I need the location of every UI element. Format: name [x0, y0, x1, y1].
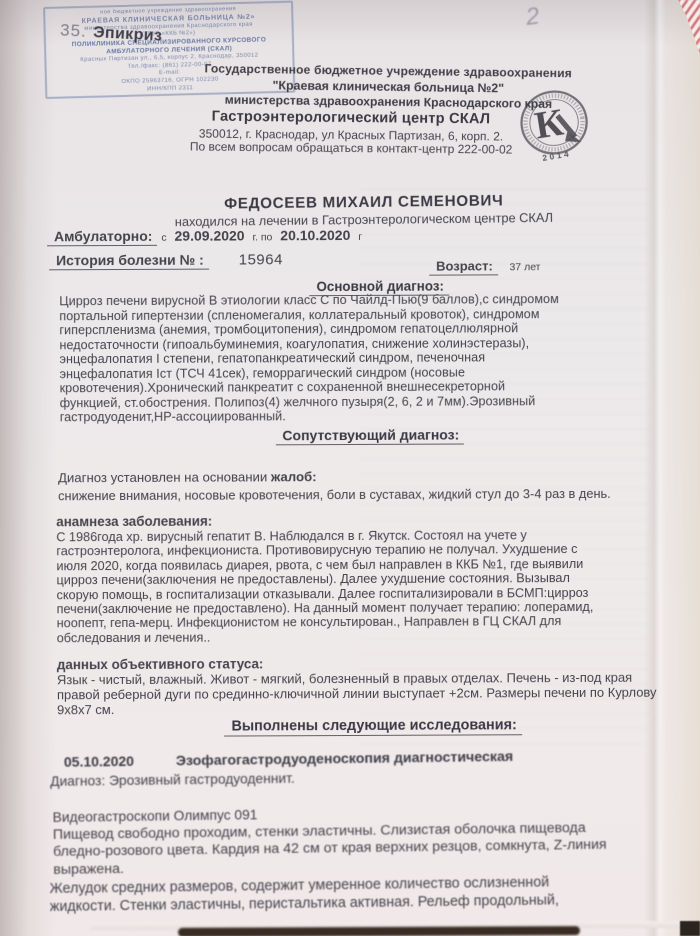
complaints-text: снижение внимания, носовые кровотечения,… [58, 486, 668, 504]
age-value: 37 лет [509, 261, 540, 273]
stomach-findings-text: Желудок средних размеров, содержит умере… [49, 873, 591, 916]
basis-complaints-word: жалоб: [271, 469, 317, 484]
basis-intro: Диагноз установлен на основании [58, 469, 267, 485]
ambulatory-label: Амбулаторно: [47, 228, 158, 246]
document-content: ное бюджетное учреждение здравоохранения… [0, 0, 700, 936]
case-history-number: 15964 [239, 251, 283, 268]
epicrisis-title: Эпикриз [93, 24, 163, 45]
date-to: 20.10.2020 [280, 227, 350, 243]
research-entry-line: 05.10.2020 Эзофагогастродуоденоскопия ди… [64, 748, 513, 771]
esophagus-findings-text: Пищевод свободно проходим, стенки эласти… [53, 820, 608, 879]
research-date: 05.10.2020 [64, 753, 134, 770]
table-corner-shadow [680, 921, 700, 936]
device-line: Видеогастроскопи Олимпус 091 [53, 807, 258, 825]
objective-status-text: Язык - чистый, влажный. Живот - мягкий, … [57, 670, 663, 718]
research-diagnosis-line: Диагноз: Эрозивный гастродуоденнит. [50, 771, 295, 789]
diagnosis-basis-line: Диагноз установлен на основании жалоб: [58, 469, 317, 485]
anamnesis-heading: анамнеза заболевания: [56, 514, 212, 530]
handwritten-page-number: 2 [524, 2, 541, 31]
research-heading-text: Выполнены следующие исследования: [224, 717, 521, 736]
case-history-label: История болезни № : [49, 252, 209, 271]
handwritten-number: 35. [60, 20, 88, 40]
date-suffix: г [358, 231, 362, 243]
date-infix: г. по [252, 231, 272, 243]
case-history-line: История болезни № : 15964 [49, 251, 283, 270]
research-heading: Выполнены следующие исследования: [83, 717, 663, 738]
age-line: Возраст: 37 лет [429, 258, 540, 275]
age-label: Возраст: [429, 258, 498, 275]
secondary-diagnosis-heading-text: Сопутствующий диагноз: [275, 427, 464, 446]
main-diagnosis-text: Цирроз печени вирусной В этиологии класс… [59, 292, 564, 425]
ambulatory-line: Амбулаторно: с 29.09.2020 г. по 20.10.20… [47, 227, 362, 246]
research-procedure: Эзофагогастродуоденоскопия диагностическ… [176, 749, 513, 769]
scanned-document-photo: ное бюджетное учреждение здравоохранения… [0, 0, 700, 936]
secondary-diagnosis-heading: Сопутствующий диагноз: [80, 426, 660, 447]
date-prefix: с [161, 232, 166, 244]
endoscopy-section: 05.10.2020 Эзофагогастродуоденоскопия ди… [0, 0, 698, 5]
date-from: 29.09.2020 [174, 227, 244, 243]
table-edge-shadow [178, 926, 580, 936]
anamnesis-text: С 1986года хр. вирусный гепатит В. Наблю… [56, 528, 594, 646]
objective-status-heading: данных объективного статуса: [57, 656, 264, 672]
